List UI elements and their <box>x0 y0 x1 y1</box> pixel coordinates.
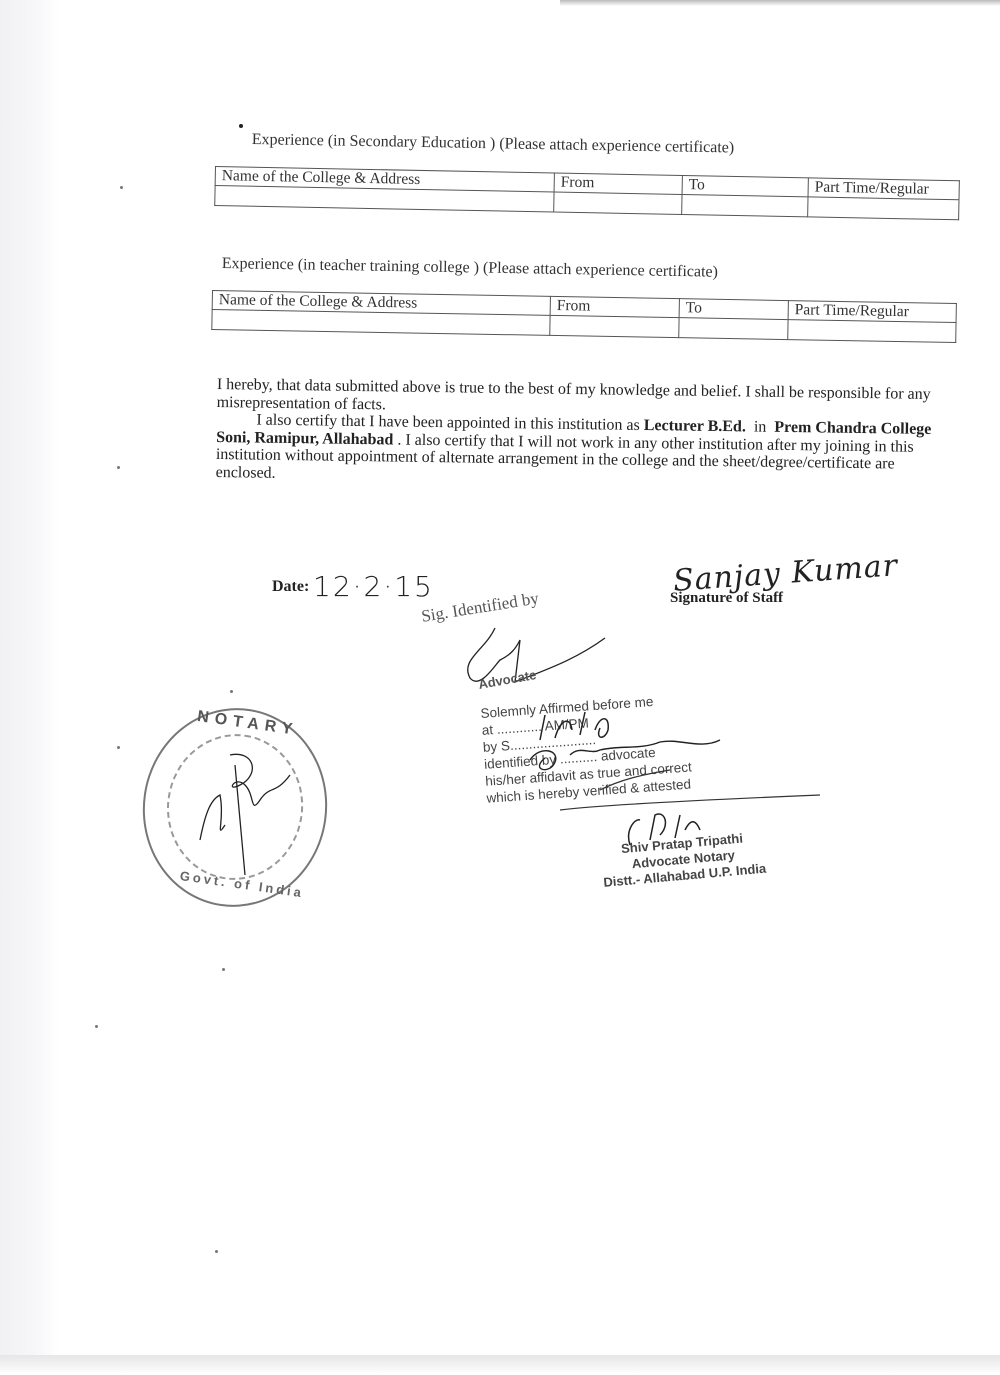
table-cell[interactable] <box>682 194 808 216</box>
scan-speck <box>117 746 120 749</box>
date-handwritten: 12·2·15 <box>313 570 434 603</box>
scan-speck <box>95 1025 98 1028</box>
bullet-mark <box>239 124 243 128</box>
declaration-text-part: in <box>746 418 775 435</box>
column-header: From <box>550 296 679 317</box>
scan-speck <box>215 1250 218 1253</box>
scan-shadow-bottom <box>0 1355 1000 1375</box>
table-cell[interactable] <box>788 320 956 343</box>
scan-speck <box>117 466 120 469</box>
appointed-position: Lecturer B.Ed. <box>644 417 746 435</box>
secondary-experience-heading: Experience (in Secondary Education ) (Pl… <box>252 131 735 157</box>
scan-speck <box>230 690 233 693</box>
table-cell[interactable] <box>808 197 959 220</box>
scan-speck <box>222 968 225 971</box>
signature-label: Signature of Staff <box>670 590 783 607</box>
column-header: To <box>679 299 788 320</box>
teacher-training-experience-heading: Experience (in teacher training college … <box>222 255 718 282</box>
table-cell[interactable] <box>679 318 788 340</box>
declaration-paragraph-2: I also certify that I have been appointe… <box>216 411 947 491</box>
scan-speck <box>120 186 123 189</box>
scan-shadow-top <box>560 0 1000 6</box>
column-header: From <box>554 173 682 194</box>
secondary-experience-table: Name of the College & Address From To Pa… <box>214 166 960 220</box>
column-header: Part Time/Regular <box>788 301 956 323</box>
declaration-text: I hereby, that data submitted above is t… <box>216 376 947 491</box>
notary-handwriting <box>500 700 820 860</box>
column-header: Part Time/Regular <box>808 178 959 200</box>
scan-shadow-left <box>0 0 60 1375</box>
date-label: Date: <box>272 578 309 596</box>
column-header: To <box>682 175 808 196</box>
teacher-training-experience-table: Name of the College & Address From To Pa… <box>211 290 957 343</box>
table-cell[interactable] <box>550 315 679 337</box>
table-cell[interactable] <box>554 192 682 214</box>
seal-signature <box>195 745 305 885</box>
